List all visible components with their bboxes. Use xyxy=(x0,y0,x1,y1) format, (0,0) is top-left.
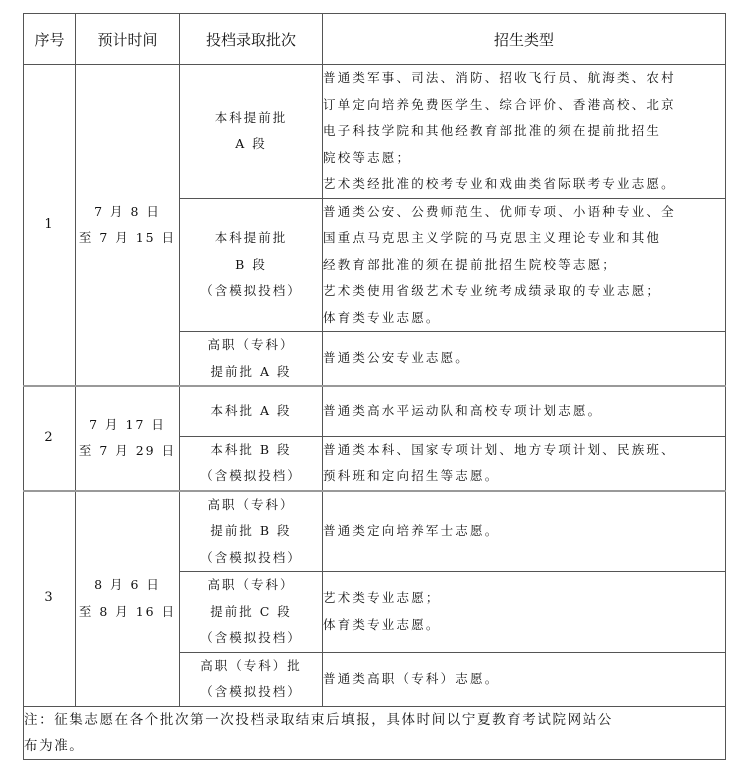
table-row: 1 7 月 8 日 至 7 月 15 日 本科提前批 A 段 普通类军事、司法、… xyxy=(24,65,726,199)
header-time: 预计时间 xyxy=(76,14,180,65)
batch-cell: 高职（专科） 提前批 A 段 xyxy=(180,332,323,387)
note-row: 注：征集志愿在各个批次第一次投档录取结束后填报，具体时间以宁夏教育考试院网站公 … xyxy=(24,706,726,759)
batch-cell: 本科批 B 段 （含模拟投档） xyxy=(180,436,323,491)
batch-cell: 高职（专科）批 （含模拟投档） xyxy=(180,652,323,706)
type-cell: 艺术类专业志愿； 体育类专业志愿。 xyxy=(323,572,726,653)
time-cell: 7 月 8 日 至 7 月 15 日 xyxy=(76,65,180,387)
type-cell: 普通类公安、公费师范生、优师专项、小语种专业、全 国重点马克思主义学院的马克思主… xyxy=(323,198,726,332)
footnote: 注：征集志愿在各个批次第一次投档录取结束后填报，具体时间以宁夏教育考试院网站公 … xyxy=(24,706,726,759)
type-cell: 普通类军事、司法、消防、招收飞行员、航海类、农村 订单定向培养免费医学生、综合评… xyxy=(323,65,726,199)
time-cell: 7 月 17 日 至 7 月 29 日 xyxy=(76,386,180,491)
admission-schedule-table: 序号 预计时间 投档录取批次 招生类型 1 7 月 8 日 至 7 月 15 日… xyxy=(23,13,726,760)
seq-cell: 2 xyxy=(24,386,76,491)
header-type: 招生类型 xyxy=(323,14,726,65)
table-row: 3 8 月 6 日 至 8 月 16 日 高职（专科） 提前批 B 段 （含模拟… xyxy=(24,491,726,572)
seq-cell: 3 xyxy=(24,491,76,707)
table-row: 2 7 月 17 日 至 7 月 29 日 本科批 A 段 普通类高水平运动队和… xyxy=(24,386,726,436)
header-row: 序号 预计时间 投档录取批次 招生类型 xyxy=(24,14,726,65)
batch-cell: 本科提前批 B 段 （含模拟投档） xyxy=(180,198,323,332)
type-cell: 普通类公安专业志愿。 xyxy=(323,332,726,387)
time-cell: 8 月 6 日 至 8 月 16 日 xyxy=(76,491,180,707)
header-seq: 序号 xyxy=(24,14,76,65)
batch-cell: 本科提前批 A 段 xyxy=(180,65,323,199)
seq-cell: 1 xyxy=(24,65,76,387)
type-cell: 普通类定向培养军士志愿。 xyxy=(323,491,726,572)
batch-cell: 高职（专科） 提前批 C 段 （含模拟投档） xyxy=(180,572,323,653)
type-cell: 普通类本科、国家专项计划、地方专项计划、民族班、 预科班和定向招生等志愿。 xyxy=(323,436,726,491)
header-batch: 投档录取批次 xyxy=(180,14,323,65)
batch-cell: 高职（专科） 提前批 B 段 （含模拟投档） xyxy=(180,491,323,572)
batch-cell: 本科批 A 段 xyxy=(180,386,323,436)
type-cell: 普通类高水平运动队和高校专项计划志愿。 xyxy=(323,386,726,436)
type-cell: 普通类高职（专科）志愿。 xyxy=(323,652,726,706)
